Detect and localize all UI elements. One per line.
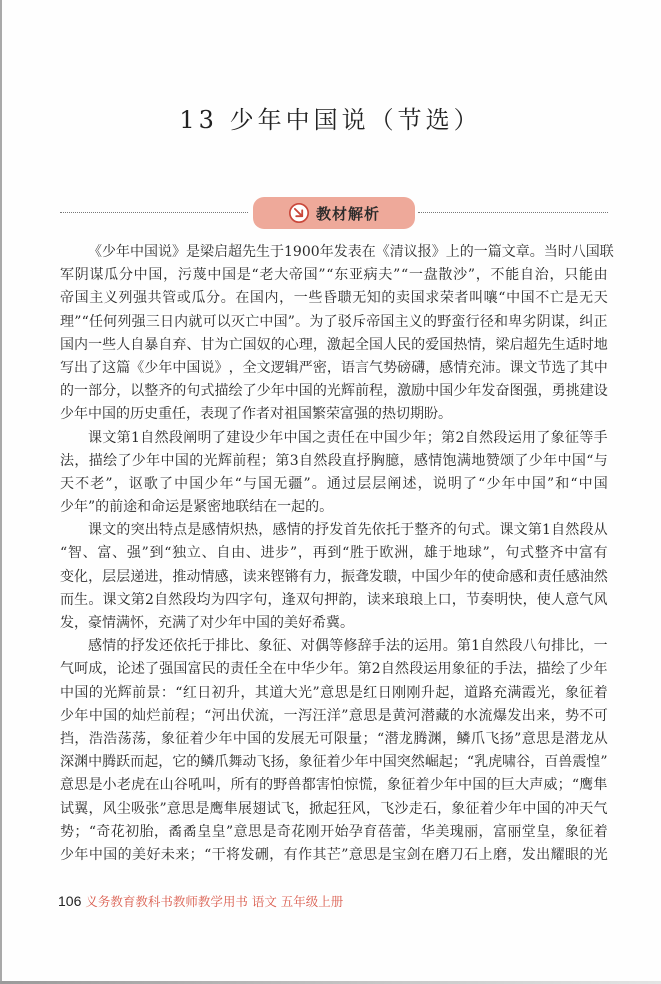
text-line: 感情的抒发还依托于排比、象征、对偶等修辞手法的运用。第1自然段八句排比，一 xyxy=(60,635,608,658)
text-line: 帝国主义列强共管或瓜分。在国内，一些昏聩无知的卖国求荣者叫嚷“中国不亡是无天 xyxy=(60,287,608,310)
text-line: 写出了这篇《少年中国说》，全文逻辑严密，语言气势磅礴，感情充沛。课文节选了其中 xyxy=(60,357,608,380)
text-line: 少年中国的美好未来；“干将发硎，有作其芒”意思是宝剑在磨刀石上磨，发出耀眼的光 xyxy=(60,844,608,867)
dotted-rule-left xyxy=(60,212,248,213)
text-line: 的一部分，以整齐的句式描绘了少年中国的光辉前程，激励中国少年发奋图强，勇挑建设 xyxy=(60,380,608,403)
text-line: 少年”的前途和命运是紧密地联结在一起的。 xyxy=(60,496,608,519)
text-line: 理”“任何列强三日内就可以灭亡中国”。为了驳斥帝国主义的野蛮行径和卑劣阴谋，纠正 xyxy=(60,311,608,334)
text-line: 法，描绘了少年中国的光辉前程；第3自然段直抒胸臆，感情饱满地赞颂了少年中国“与 xyxy=(60,450,608,473)
dotted-rule-right xyxy=(418,212,608,213)
text-line: 而生。课文第2自然段均为四字句，逢双句押韵，读来琅琅上口，节奏明快，使人意气风 xyxy=(60,589,608,612)
paragraph: 课文第1自然段阐明了建设少年中国之责任在中国少年；第2自然段运用了象征等手 法，… xyxy=(60,427,608,520)
text-line: 少年中国的历史重任，表现了作者对祖国繁荣富强的热切期盼。 xyxy=(60,403,608,426)
page-footer: 106 义务教育教科书教师教学用书 语文 五年级上册 xyxy=(58,892,343,910)
text-line: 气呵成，论述了强国富民的责任全在中华少年。第2自然段运用象征的手法，描绘了少年 xyxy=(60,658,608,681)
text-line: 势；“奇花初胎，矞矞皇皇”意思是奇花刚开始孕育蓓蕾，华美瑰丽，富丽堂皇，象征着 xyxy=(60,821,608,844)
text-line: 《少年中国说》是梁启超先生于1900年发表在《清议报》上的一篇文章。当时八国联 xyxy=(60,241,608,264)
book-title: 义务教育教科书教师教学用书 语文 五年级上册 xyxy=(85,892,343,910)
text-line: 国内一些人自暴自弃、甘为亡国奴的心理，激起全国人民的爱国热情，梁启超先生适时地 xyxy=(60,334,608,357)
text-line: 变化，层层递进，推动情感，读来铿锵有力，振聋发聩，中国少年的使命感和责任感油然 xyxy=(60,566,608,589)
section-badge: 教材解析 xyxy=(253,197,415,229)
page-left-edge xyxy=(0,0,2,984)
text-line: 少年中国的灿烂前程；“河出伏流，一泻汪洋”意思是黄河潜藏的水流爆发出来，势不可 xyxy=(60,705,608,728)
section-divider: 教材解析 xyxy=(60,196,608,230)
paragraph: 《少年中国说》是梁启超先生于1900年发表在《清议报》上的一篇文章。当时八国联 … xyxy=(60,241,608,427)
text-line: 课文第1自然段阐明了建设少年中国之责任在中国少年；第2自然段运用了象征等手 xyxy=(60,427,608,450)
text-line: 发，豪情满怀，充满了对少年中国的美好希冀。 xyxy=(60,612,608,635)
text-line: 试翼，风尘吸张”意思是鹰隼展翅试飞，掀起狂风，飞沙走石，象征着少年中国的冲天气 xyxy=(60,798,608,821)
arrow-down-right-circle-icon xyxy=(288,202,310,224)
text-line: 课文的突出特点是感情炽热，感情的抒发首先依托于整齐的句式。课文第1自然段从 xyxy=(60,519,608,542)
section-badge-label: 教材解析 xyxy=(316,203,380,224)
text-line: 天不老”，讴歌了中国少年“与国无疆”。通过层层阐述，说明了“少年中国”和“中国 xyxy=(60,473,608,496)
text-line: 意思是小老虎在山谷吼叫，所有的野兽都害怕惊慌，象征着少年中国的巨大声威；“鹰隼 xyxy=(60,774,608,797)
paragraph: 课文的突出特点是感情炽热，感情的抒发首先依托于整齐的句式。课文第1自然段从 “智… xyxy=(60,519,608,635)
text-line: “智、富、强”到“独立、自由、进步”，再到“胜于欧洲，雄于地球”，句式整齐中富有 xyxy=(60,542,608,565)
page-number: 106 xyxy=(58,893,81,909)
text-line: 军阴谋瓜分中国，污蔑中国是“老大帝国”“东亚病夫”“一盘散沙”，不能自治，只能由 xyxy=(60,264,608,287)
lesson-title: 13 少年中国说（节选） xyxy=(0,100,661,135)
text-line: 中国的光辉前景：“红日初升，其道大光”意思是红日刚刚升起，道路充满霞光，象征着 xyxy=(60,682,608,705)
text-line: 深渊中腾跃而起，它的鳞爪舞动飞扬，象征着少年中国突然崛起；“乳虎啸谷，百兽震惶” xyxy=(60,751,608,774)
analysis-body: 《少年中国说》是梁启超先生于1900年发表在《清议报》上的一篇文章。当时八国联 … xyxy=(60,241,608,867)
paragraph: 感情的抒发还依托于排比、象征、对偶等修辞手法的运用。第1自然段八句排比，一 气呵… xyxy=(60,635,608,867)
text-line: 挡，浩浩荡荡，象征着少年中国的发展无可限量；“潜龙腾渊，鳞爪飞扬”意思是潜龙从 xyxy=(60,728,608,751)
